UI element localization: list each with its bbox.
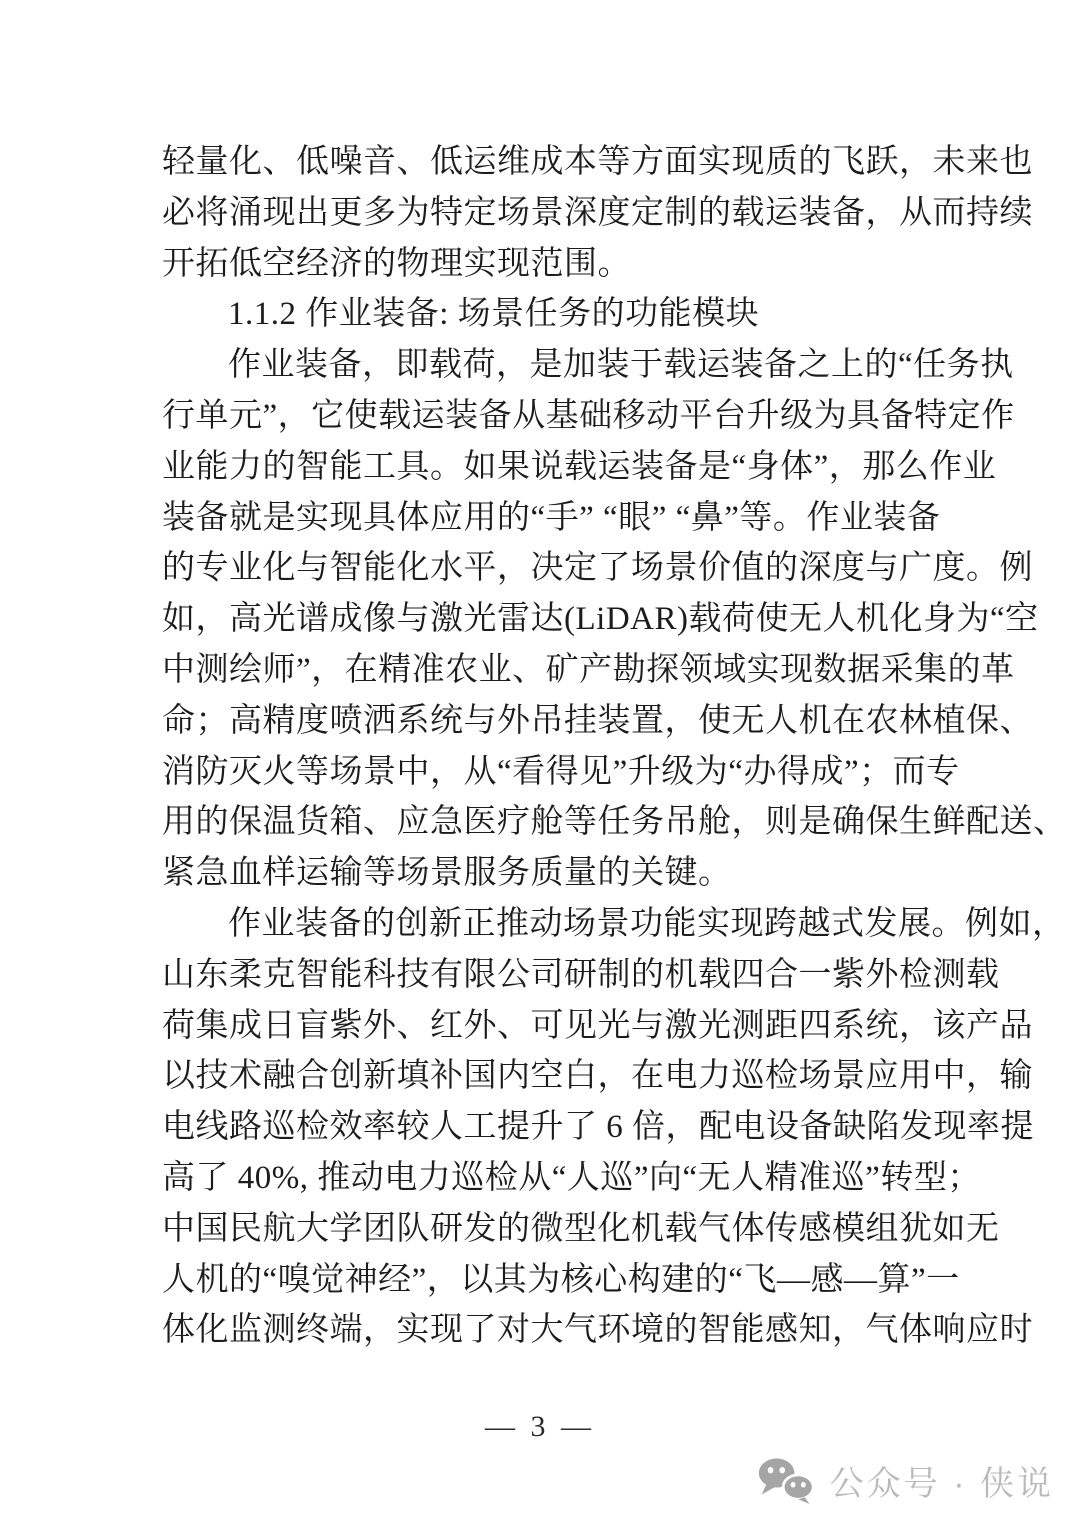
text-line: 命；高精度喷洒系统与外吊挂装置，使无人机在农林植保、 bbox=[162, 696, 926, 747]
page-number: — 3 — bbox=[0, 1410, 1080, 1444]
watermark-badge: 公众号 · 侠说 bbox=[756, 1456, 1054, 1505]
text-line: 开拓低空经济的物理实现范围。 bbox=[162, 239, 926, 290]
watermark-label: 公众号 · 侠说 bbox=[830, 1456, 1054, 1505]
wechat-icon bbox=[756, 1457, 816, 1504]
text-line: 体化监测终端，实现了对大气环境的智能感知，气体响应时 bbox=[162, 1305, 926, 1356]
text-line: 用的保温货箱、应急医疗舱等任务吊舱，则是确保生鲜配送、 bbox=[162, 797, 926, 848]
text-line: 如，高光谱成像与激光雷达(LiDAR)载荷使无人机化身为“空 bbox=[162, 594, 926, 645]
text-line: 作业装备的创新正推动场景功能实现跨越式发展。例如， bbox=[162, 899, 926, 950]
text-line: 业能力的智能工具。如果说载运装备是“身体”，那么作业 bbox=[162, 442, 926, 493]
text-line: 必将涌现出更多为特定场景深度定制的载运装备，从而持续 bbox=[162, 188, 926, 239]
text-line: 的专业化与智能化水平，决定了场景价值的深度与广度。例 bbox=[162, 543, 926, 594]
text-line: 以技术融合创新填补国内空白，在电力巡检场景应用中，输 bbox=[162, 1051, 926, 1102]
text-line: 中测绘师”，在精准农业、矿产勘探领域实现数据采集的革 bbox=[162, 645, 926, 696]
text-line: 荷集成日盲紫外、红外、可见光与激光测距四系统，该产品 bbox=[162, 1001, 926, 1052]
text-line: 紧急血样运输等场景服务质量的关键。 bbox=[162, 848, 926, 899]
text-line: 中国民航大学团队研发的微型化机载气体传感模组犹如无 bbox=[162, 1204, 926, 1255]
text-line: 山东柔克智能科技有限公司研制的机载四合一紫外检测载 bbox=[162, 950, 926, 1001]
document-page: 轻量化、低噪音、低运维成本等方面实现质的飞跃，未来也 必将涌现出更多为特定场景深… bbox=[0, 0, 1080, 1527]
document-body: 轻量化、低噪音、低运维成本等方面实现质的飞跃，未来也 必将涌现出更多为特定场景深… bbox=[162, 137, 926, 1356]
text-line: 作业装备，即载荷，是加装于载运装备之上的“任务执 bbox=[162, 340, 926, 391]
text-line: 装备就是实现具体应用的“手” “眼” “鼻”等。作业装备 bbox=[162, 493, 926, 544]
text-line: 消防灭火等场景中，从“看得见”升级为“办得成”；而专 bbox=[162, 747, 926, 798]
section-heading: 1.1.2 作业装备: 场景任务的功能模块 bbox=[162, 289, 926, 340]
text-line: 电线路巡检效率较人工提升了 6 倍，配电设备缺陷发现率提 bbox=[162, 1102, 926, 1153]
text-line: 高了 40%, 推动电力巡检从“人巡”向“无人精准巡”转型； bbox=[162, 1153, 926, 1204]
text-line: 行单元”，它使载运装备从基础移动平台升级为具备特定作 bbox=[162, 391, 926, 442]
text-line: 人机的“嗅觉神经”，以其为核心构建的“飞—感—算”一 bbox=[162, 1255, 926, 1306]
text-line: 轻量化、低噪音、低运维成本等方面实现质的飞跃，未来也 bbox=[162, 137, 926, 188]
